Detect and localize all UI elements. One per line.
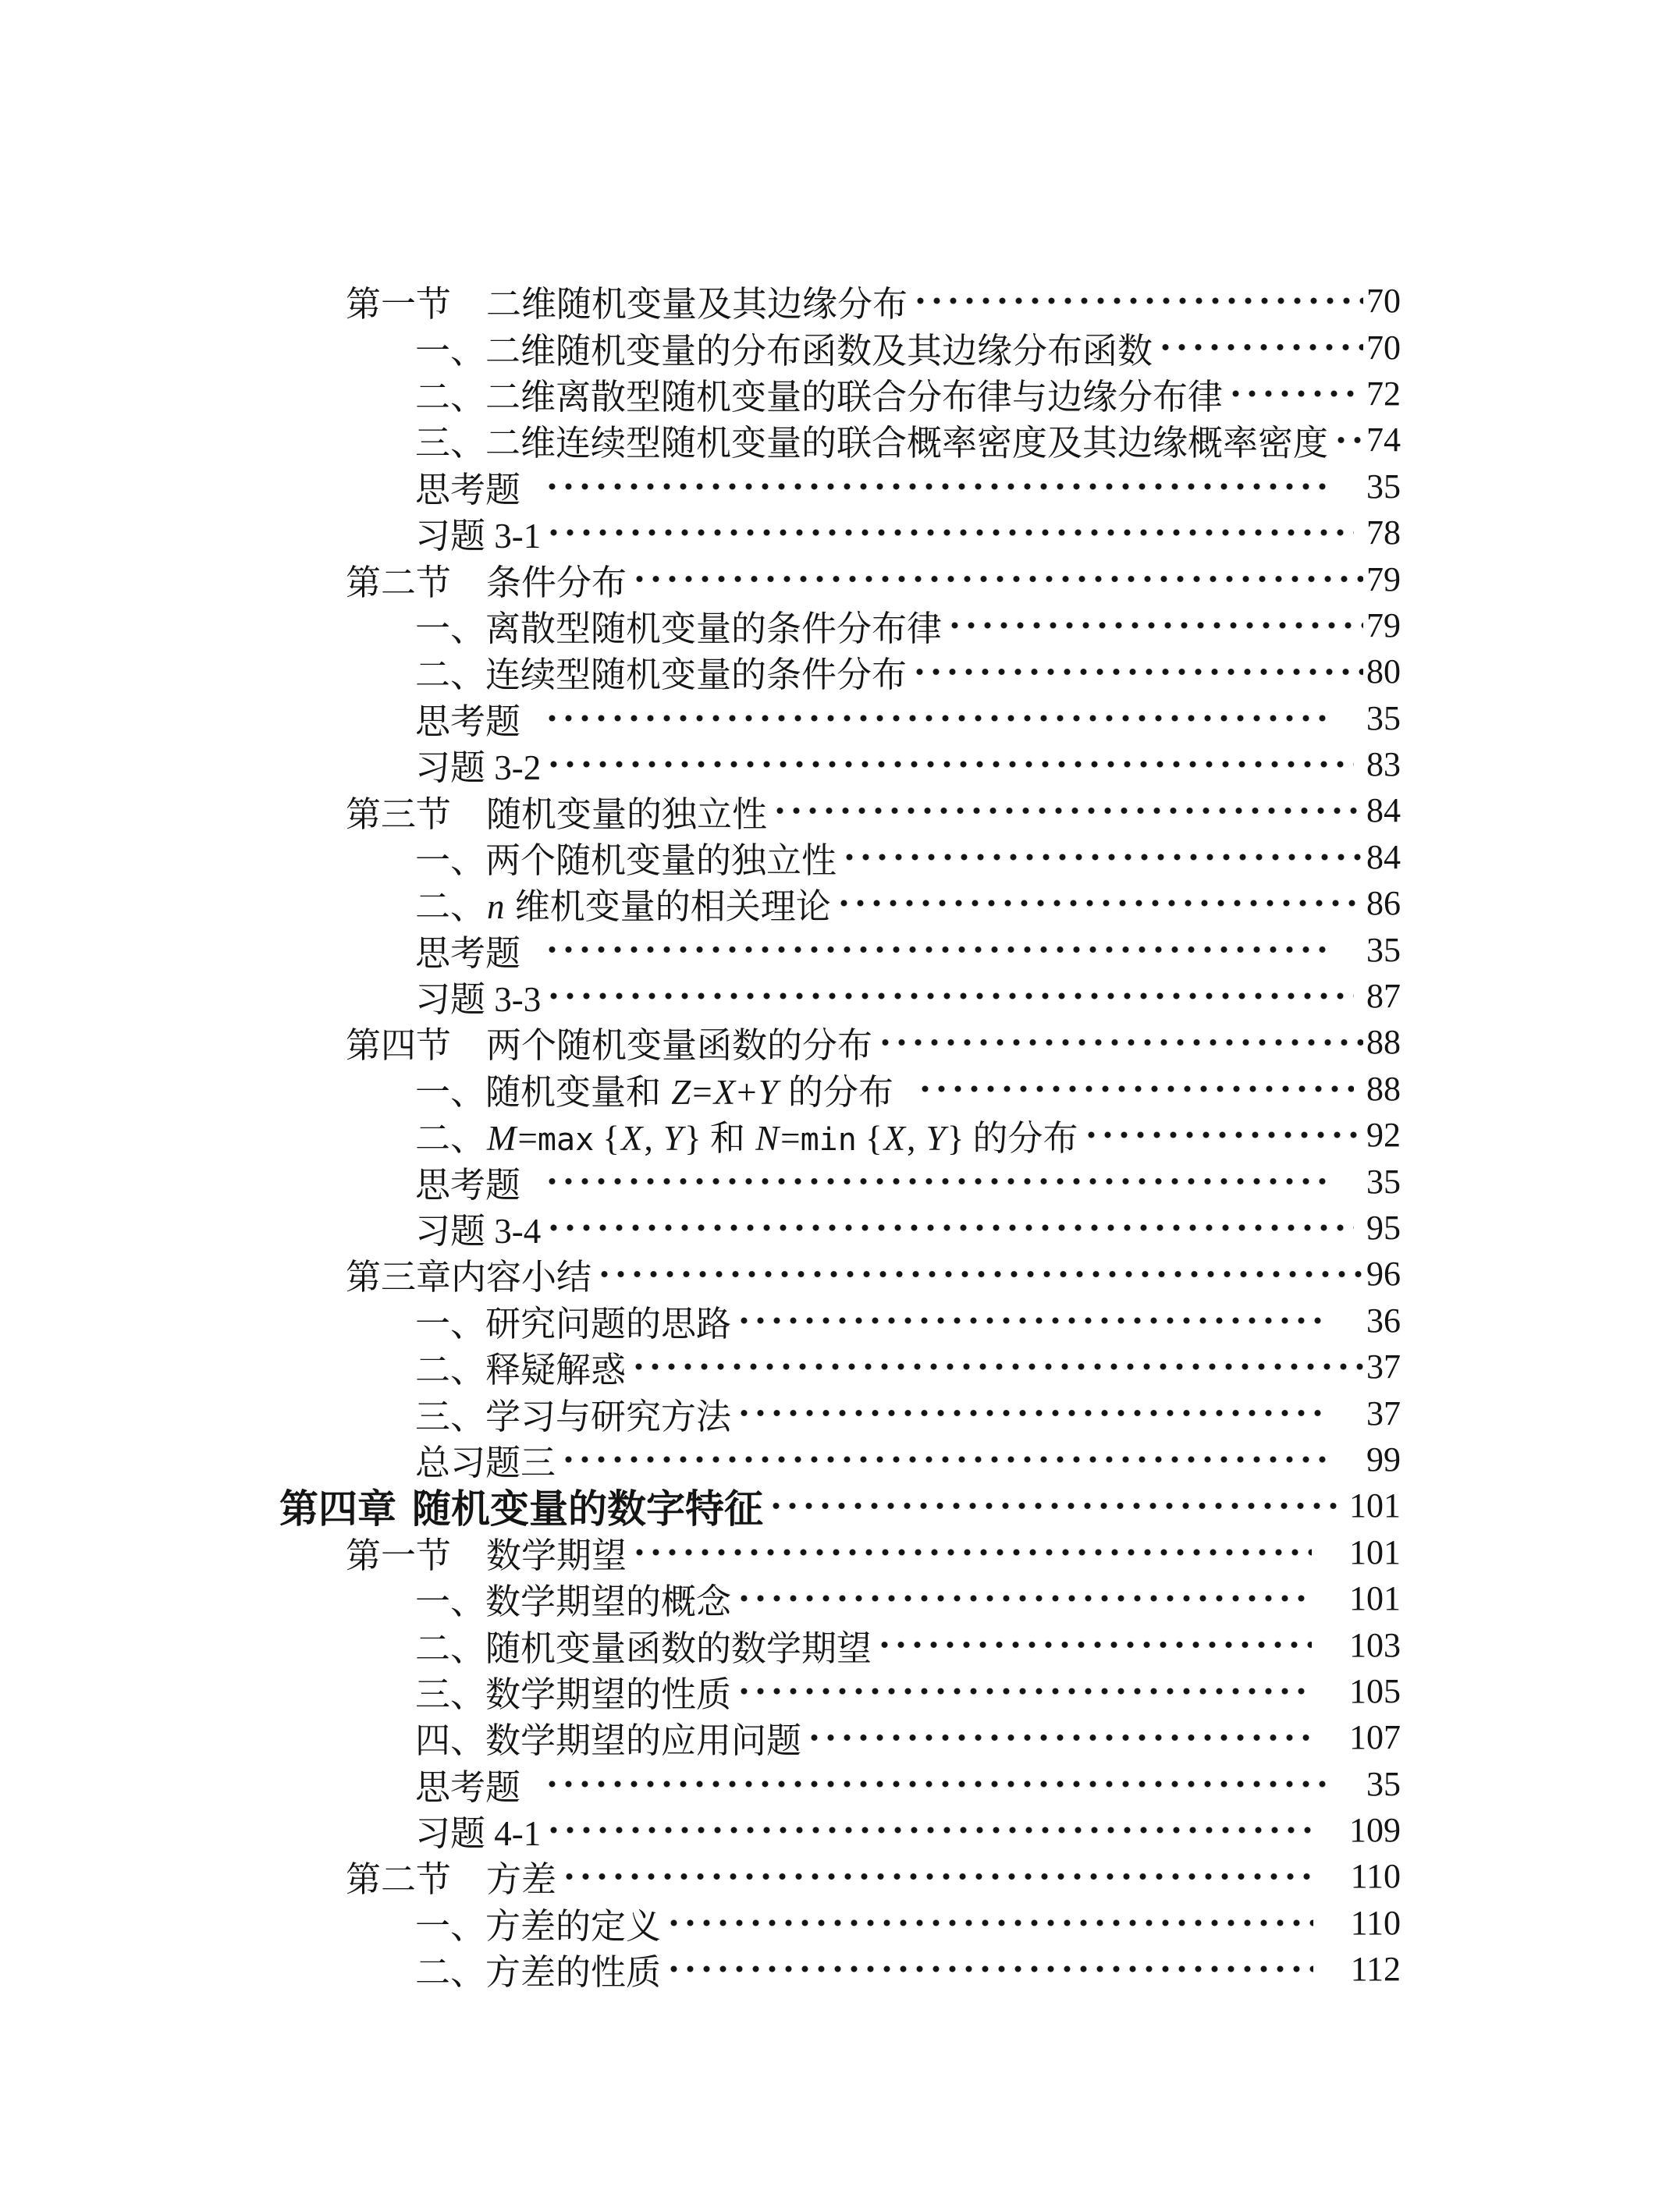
dot-leader — [736, 1298, 1329, 1344]
text-segment: 一、两个随机变量的独立性 — [415, 841, 837, 880]
page-number: 101 — [1349, 1486, 1401, 1525]
toc-row-title: 二维随机变量及其边缘分布 — [486, 275, 908, 326]
toc-row: 第三章内容小结96 — [0, 1251, 1659, 1297]
toc-row-title: 三、数学期望的性质 — [415, 1666, 731, 1717]
text-segment: = — [780, 1119, 800, 1158]
toc-row-title: 条件分布 — [486, 554, 627, 605]
toc-row-title: 数学期望 — [486, 1527, 627, 1578]
toc-page: 第一节二维随机变量及其边缘分布70一、二维随机变量的分布函数及其边缘分布函数70… — [0, 0, 1659, 2212]
text-segment: } 和 — [684, 1119, 754, 1158]
page-number: 74 — [1366, 420, 1401, 460]
dot-leader — [545, 973, 1354, 1019]
page-number: 88 — [1366, 1022, 1401, 1062]
math-segment: n — [485, 887, 506, 926]
dot-leader — [1157, 324, 1363, 370]
dot-leader — [806, 1714, 1312, 1760]
page-number: 35 — [1366, 698, 1401, 738]
text-segment: 二、二维离散型随机变量的联合分布律与边缘分布律 — [415, 378, 1223, 417]
text-segment: 数学期望 — [486, 1536, 627, 1575]
toc-row-title: 习题 3-3 — [415, 971, 541, 1021]
dot-leader — [545, 1205, 1354, 1251]
toc-row: 三、数学期望的性质105 — [0, 1668, 1659, 1714]
toc-row: 习题 3-387 — [0, 973, 1659, 1019]
toc-row: 三、学习与研究方法37 — [0, 1390, 1659, 1436]
page-number: 87 — [1366, 976, 1401, 1016]
text-segment: 一、离散型随机变量的条件分布律 — [415, 609, 942, 648]
text-segment: 第三章内容小结 — [346, 1258, 591, 1297]
page-number: 96 — [1366, 1254, 1401, 1294]
text-segment: 两个随机变量函数的分布 — [486, 1026, 872, 1065]
text-segment: , — [907, 1119, 925, 1158]
dot-leader — [736, 1575, 1312, 1621]
text-segment: 一、随机变量和 — [415, 1073, 670, 1112]
dot-leader — [1333, 417, 1363, 463]
page-number: 112 — [1351, 1949, 1401, 1989]
dot-leader — [545, 741, 1354, 787]
page-number: 86 — [1366, 883, 1401, 923]
text-segment: 二、 — [415, 887, 485, 926]
toc-row-title: 三、二维连续型随机变量的联合概率密度及其边缘概率密度 — [415, 414, 1328, 465]
page-number: 99 — [1366, 1440, 1401, 1479]
dot-leader — [876, 1621, 1312, 1667]
text-segment: 思考题 — [415, 1768, 520, 1807]
dot-leader — [736, 1668, 1312, 1714]
text-segment: 一、方差的定义 — [415, 1907, 661, 1946]
text-segment: 三、二维连续型随机变量的联合概率密度及其边缘概率密度 — [415, 424, 1328, 463]
text-segment: 一、数学期望的概念 — [415, 1582, 731, 1621]
toc-row: 思考题35 — [0, 926, 1659, 972]
text-segment: 思考题 — [415, 1166, 520, 1205]
toc-row: 二、方差的性质112 — [0, 1946, 1659, 1992]
text-segment: 一、二维随机变量的分布函数及其边缘分布函数 — [415, 332, 1153, 371]
toc-row-title: 二、随机变量函数的数学期望 — [415, 1620, 872, 1671]
toc-row-title: 习题 3-1 — [415, 507, 541, 558]
toc-row: 第二节条件分布79 — [0, 556, 1659, 602]
text-segment: , — [645, 1119, 663, 1158]
toc-row-title: 二、释疑解惑 — [415, 1341, 626, 1392]
toc-row: 一、方差的定义110 — [0, 1900, 1659, 1946]
math-segment: Y — [662, 1119, 684, 1158]
dot-leader — [544, 1761, 1329, 1807]
text-segment: { — [857, 1119, 883, 1158]
text-segment: 习题 3-1 — [415, 517, 541, 556]
toc-row: 一、数学期望的概念101 — [0, 1575, 1659, 1621]
text-segment: 思考题 — [415, 702, 520, 741]
page-number: 78 — [1366, 513, 1401, 552]
page-number: 80 — [1366, 652, 1401, 691]
toc-list: 第一节二维随机变量及其边缘分布70一、二维随机变量的分布函数及其边缘分布函数70… — [0, 278, 1659, 1992]
page-number: 35 — [1366, 467, 1401, 506]
dot-leader — [560, 1436, 1329, 1482]
toc-row-title: 一、随机变量和 Z=X+Y 的分布 — [415, 1063, 893, 1114]
text-segment: 思考题 — [415, 470, 520, 510]
text-segment: 二、连续型随机变量的条件分布 — [415, 655, 907, 694]
page-number: 105 — [1349, 1671, 1401, 1711]
toc-row: 第四节两个随机变量函数的分布88 — [0, 1019, 1659, 1065]
text-segment: 二、释疑解惑 — [415, 1351, 626, 1390]
dot-leader — [544, 926, 1329, 972]
toc-row-title: 习题 3-2 — [415, 739, 541, 790]
dot-leader — [545, 1807, 1312, 1853]
toc-row: 三、二维连续型随机变量的联合概率密度及其边缘概率密度74 — [0, 417, 1659, 463]
text-segment: 思考题 — [415, 934, 520, 973]
math-segment: M — [485, 1119, 518, 1158]
text-segment: = — [692, 1073, 712, 1112]
page-number: 37 — [1366, 1394, 1401, 1433]
toc-row-title: 方差 — [486, 1851, 556, 1901]
toc-row-title: 一、离散型随机变量的条件分布律 — [415, 600, 942, 651]
math-segment: Y — [925, 1119, 947, 1158]
dot-leader — [631, 556, 1363, 602]
dot-leader — [544, 463, 1329, 510]
toc-row-title: 二、方差的性质 — [415, 1944, 661, 1994]
page-number: 110 — [1351, 1856, 1401, 1896]
toc-row: 一、二维随机变量的分布函数及其边缘分布函数70 — [0, 324, 1659, 370]
page-number: 72 — [1366, 374, 1401, 414]
toc-row-title: 二、连续型随机变量的条件分布 — [415, 646, 907, 697]
dot-leader — [836, 880, 1363, 926]
toc-row: 习题 3-178 — [0, 510, 1659, 556]
toc-row: 二、随机变量函数的数学期望103 — [0, 1621, 1659, 1667]
toc-row-title: 思考题 — [415, 925, 520, 975]
toc-row: 二、连续型随机变量的条件分布80 — [0, 648, 1659, 694]
text-segment: 条件分布 — [486, 563, 627, 602]
text-segment: = — [518, 1119, 538, 1158]
toc-row-title: 第三章内容小结 — [346, 1248, 591, 1299]
text-segment: } 的分布 — [947, 1119, 1078, 1158]
math-segment: Z — [670, 1073, 692, 1112]
dot-leader — [1083, 1112, 1363, 1158]
toc-row-title: 三、学习与研究方法 — [415, 1388, 731, 1439]
text-segment: 习题 3-3 — [415, 980, 541, 1019]
toc-row: 第二节方差110 — [0, 1853, 1659, 1899]
page-number: 70 — [1366, 328, 1401, 367]
toc-row-title: 随机变量的数字特征 — [412, 1478, 763, 1534]
toc-row-title: 思考题 — [415, 1156, 520, 1207]
page-number: 84 — [1366, 837, 1401, 877]
toc-row: 二、释疑解惑37 — [0, 1344, 1659, 1390]
math-segment: Y — [757, 1073, 780, 1112]
text-segment: 习题 3-4 — [415, 1212, 541, 1251]
toc-row: 思考题35 — [0, 1761, 1659, 1807]
text-segment: 习题 3-2 — [415, 748, 541, 787]
text-segment: 一、研究问题的思路 — [415, 1305, 731, 1344]
dot-leader — [1227, 371, 1363, 417]
page-number: 101 — [1349, 1532, 1401, 1572]
toc-row-label: 第二节 — [346, 1851, 451, 1901]
dot-leader — [631, 1529, 1312, 1575]
page-number: 79 — [1366, 559, 1401, 599]
toc-row: 二、n 维机变量的相关理论86 — [0, 880, 1659, 926]
page-number: 103 — [1349, 1625, 1401, 1665]
math-segment: N — [754, 1119, 780, 1158]
page-number: 84 — [1366, 790, 1401, 830]
toc-row: 习题 3-283 — [0, 741, 1659, 787]
dot-leader — [544, 1158, 1329, 1204]
toc-row: 第四章随机变量的数字特征101 — [0, 1482, 1659, 1529]
page-number: 101 — [1349, 1578, 1401, 1618]
toc-row-title: 思考题 — [415, 693, 520, 744]
toc-row-title: 一、数学期望的概念 — [415, 1573, 731, 1624]
toc-row: 一、两个随机变量的独立性84 — [0, 834, 1659, 880]
math-segment: X — [712, 1073, 737, 1112]
page-number: 35 — [1366, 1162, 1401, 1202]
toc-row-title: 一、两个随机变量的独立性 — [415, 832, 837, 882]
toc-row-title: 随机变量的独立性 — [486, 786, 767, 836]
page-number: 107 — [1349, 1717, 1401, 1757]
toc-row-title: 两个随机变量函数的分布 — [486, 1017, 872, 1067]
dot-leader — [596, 1251, 1363, 1297]
text-segment: 三、学习与研究方法 — [415, 1397, 731, 1436]
toc-row-label: 第四章 — [279, 1478, 396, 1534]
toc-row-label: 第一节 — [346, 1527, 451, 1578]
toc-row-title: 思考题 — [415, 461, 520, 512]
toc-row-title: 四、数学期望的应用问题 — [415, 1712, 801, 1763]
dot-leader — [912, 278, 1363, 324]
dot-leader — [544, 695, 1329, 741]
toc-row: 思考题35 — [0, 695, 1659, 741]
toc-row: 一、随机变量和 Z=X+Y 的分布88 — [0, 1066, 1659, 1112]
math-segment: min — [801, 1122, 857, 1158]
page-number: 110 — [1351, 1903, 1401, 1943]
math-segment: X — [883, 1119, 908, 1158]
page-number: 36 — [1366, 1301, 1401, 1340]
text-segment: 二、 — [415, 1119, 485, 1158]
dot-leader — [911, 648, 1363, 694]
dot-leader — [772, 787, 1363, 833]
dot-leader — [917, 1066, 1354, 1112]
toc-row: 习题 4-1109 — [0, 1807, 1659, 1853]
toc-row-label: 第四节 — [346, 1017, 451, 1067]
text-segment: 二维随机变量及其边缘分布 — [486, 285, 908, 324]
text-segment: 方差 — [486, 1860, 556, 1899]
math-segment: max — [538, 1122, 594, 1158]
toc-row: 习题 3-495 — [0, 1205, 1659, 1251]
toc-row-label: 第三节 — [346, 786, 451, 836]
toc-row: 二、M=max {X, Y} 和 N=min {X, Y} 的分布92 — [0, 1112, 1659, 1158]
text-segment: + — [737, 1073, 756, 1112]
toc-row-title: 二、M=max {X, Y} 和 N=min {X, Y} 的分布 — [415, 1110, 1078, 1160]
dot-leader — [768, 1482, 1346, 1529]
toc-row-title: 二、n 维机变量的相关理论 — [415, 878, 831, 928]
toc-row: 第一节二维随机变量及其边缘分布70 — [0, 278, 1659, 324]
toc-row: 总习题三99 — [0, 1436, 1659, 1482]
page-number: 37 — [1366, 1347, 1401, 1386]
dot-leader — [631, 1344, 1363, 1390]
toc-row-title: 习题 3-4 — [415, 1202, 541, 1253]
toc-row-title: 一、二维随机变量的分布函数及其边缘分布函数 — [415, 322, 1153, 373]
dot-leader — [736, 1390, 1329, 1436]
toc-row: 思考题35 — [0, 1158, 1659, 1204]
text-segment: 维机变量的相关理论 — [506, 887, 831, 926]
toc-row-title: 习题 4-1 — [415, 1805, 541, 1855]
toc-row-title: 二、二维离散型随机变量的联合分布律与边缘分布律 — [415, 368, 1223, 419]
page-number: 92 — [1366, 1115, 1401, 1155]
dot-leader — [947, 602, 1363, 648]
page-number: 70 — [1366, 281, 1401, 321]
page-number: 35 — [1366, 1764, 1401, 1804]
text-segment: 习题 4-1 — [415, 1814, 541, 1853]
text-segment: 随机变量的独立性 — [486, 795, 767, 834]
toc-row: 一、研究问题的思路36 — [0, 1298, 1659, 1344]
text-segment: 随机变量的数字特征 — [412, 1487, 763, 1531]
dot-leader — [877, 1019, 1363, 1065]
math-segment: X — [620, 1119, 645, 1158]
dot-leader — [561, 1853, 1313, 1899]
dot-leader — [841, 834, 1363, 880]
toc-row-title: 思考题 — [415, 1759, 520, 1809]
toc-row: 第一节数学期望101 — [0, 1529, 1659, 1575]
page-number: 95 — [1366, 1208, 1401, 1248]
page-number: 83 — [1366, 744, 1401, 784]
dot-leader — [545, 510, 1354, 556]
text-segment: 三、数学期望的性质 — [415, 1675, 731, 1714]
dot-leader — [666, 1900, 1313, 1946]
text-segment: 总习题三 — [415, 1443, 556, 1482]
text-segment: 二、随机变量函数的数学期望 — [415, 1629, 872, 1668]
toc-row: 一、离散型随机变量的条件分布律79 — [0, 602, 1659, 648]
toc-row: 四、数学期望的应用问题107 — [0, 1714, 1659, 1760]
text-segment: { — [594, 1119, 620, 1158]
toc-row-title: 一、研究问题的思路 — [415, 1295, 731, 1346]
text-segment: 四、数学期望的应用问题 — [415, 1721, 801, 1760]
dot-leader — [666, 1946, 1313, 1992]
page-number: 109 — [1349, 1810, 1401, 1850]
toc-row: 第三节随机变量的独立性84 — [0, 787, 1659, 833]
toc-row: 思考题35 — [0, 463, 1659, 510]
toc-row-title: 一、方差的定义 — [415, 1898, 661, 1948]
page-number: 35 — [1366, 930, 1401, 970]
toc-row: 二、二维离散型随机变量的联合分布律与边缘分布律72 — [0, 371, 1659, 417]
toc-row-label: 第二节 — [346, 554, 451, 605]
text-segment: 的分布 — [780, 1073, 893, 1112]
page-number: 79 — [1366, 605, 1401, 645]
text-segment: 二、方差的性质 — [415, 1953, 661, 1992]
page-number: 88 — [1366, 1069, 1401, 1109]
toc-row-label: 第一节 — [346, 275, 451, 326]
